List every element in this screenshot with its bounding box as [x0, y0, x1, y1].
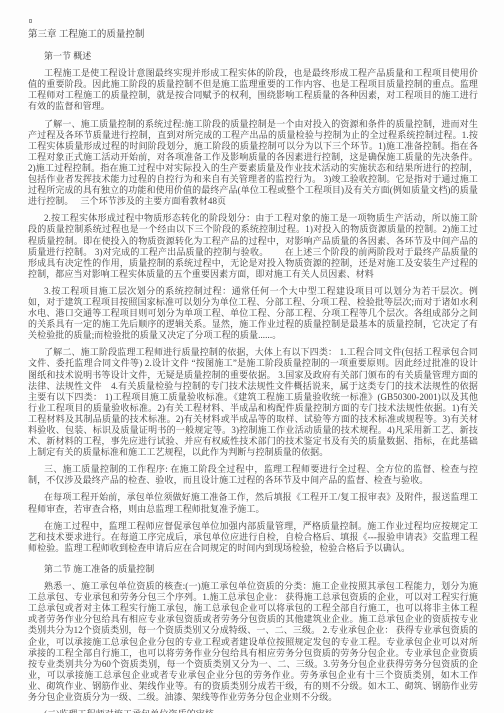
anchor-marker-icon [29, 19, 32, 23]
section-heading-1: 第一节 概述 [28, 51, 478, 62]
paragraph-work-procedure: 三、施工质量控制的工作程序: 在施工阶段全过程中，监理工程师要进行全过程、全方位… [28, 464, 478, 486]
paragraph-construction-levels: 3.按工程项目施工层次划分的系统控制过程：通常任何一个大中型工程建设项目可以划分… [28, 286, 478, 341]
paragraph-during-construction: 在施工过程中，监理工程师应督促承包单位加强内部质量管理，严格质量控制。施工作业过… [28, 521, 478, 554]
section-heading-2: 第二节 施工准备的质量控制 [28, 564, 478, 575]
paragraph-material-transform-stages: 2.按工程实体形成过程中物质形态转化的阶段划分：由于工程对象的施工是一项物质生产… [28, 213, 478, 280]
paragraph-before-start: 在每项工程开始前，承包单位须做好施工准备工作，然后填报《工程开工/复工报审表》及… [28, 492, 478, 514]
document-content: 第三章 工程施工的质量控制 第一节 概述 工程施工是使工程设计意图最终实现并形成… [28, 30, 478, 713]
chapter-title: 第三章 工程施工的质量控制 [28, 30, 478, 41]
paragraph-contractor-qualification: 熟悉一、施工承包单位资质的核查:(一)施工承包单位资质的分类：施工企业按照其承包… [28, 581, 478, 703]
paragraph-overview: 工程施工是使工程设计意图最终实现并形成工程实体的阶段，也是最终形成工程产品质量和… [28, 68, 478, 112]
paragraph-system-process: 了解一、施工质量控制的系统过程:施工阶段的质量控制是一个由对投入的资源和条件的质… [28, 119, 478, 208]
paragraph-qualification-review: (二)监理工程师对施工承包单位资质的审核 [28, 709, 478, 713]
paragraph-control-basis: 了解二、施工阶段监理工程师进行质量控制的依据，大体上有以下四类： 1.工程合同文… [28, 347, 478, 458]
document-page: 第三章 工程施工的质量控制 第一节 概述 工程施工是使工程设计意图最终实现并形成… [0, 0, 504, 713]
